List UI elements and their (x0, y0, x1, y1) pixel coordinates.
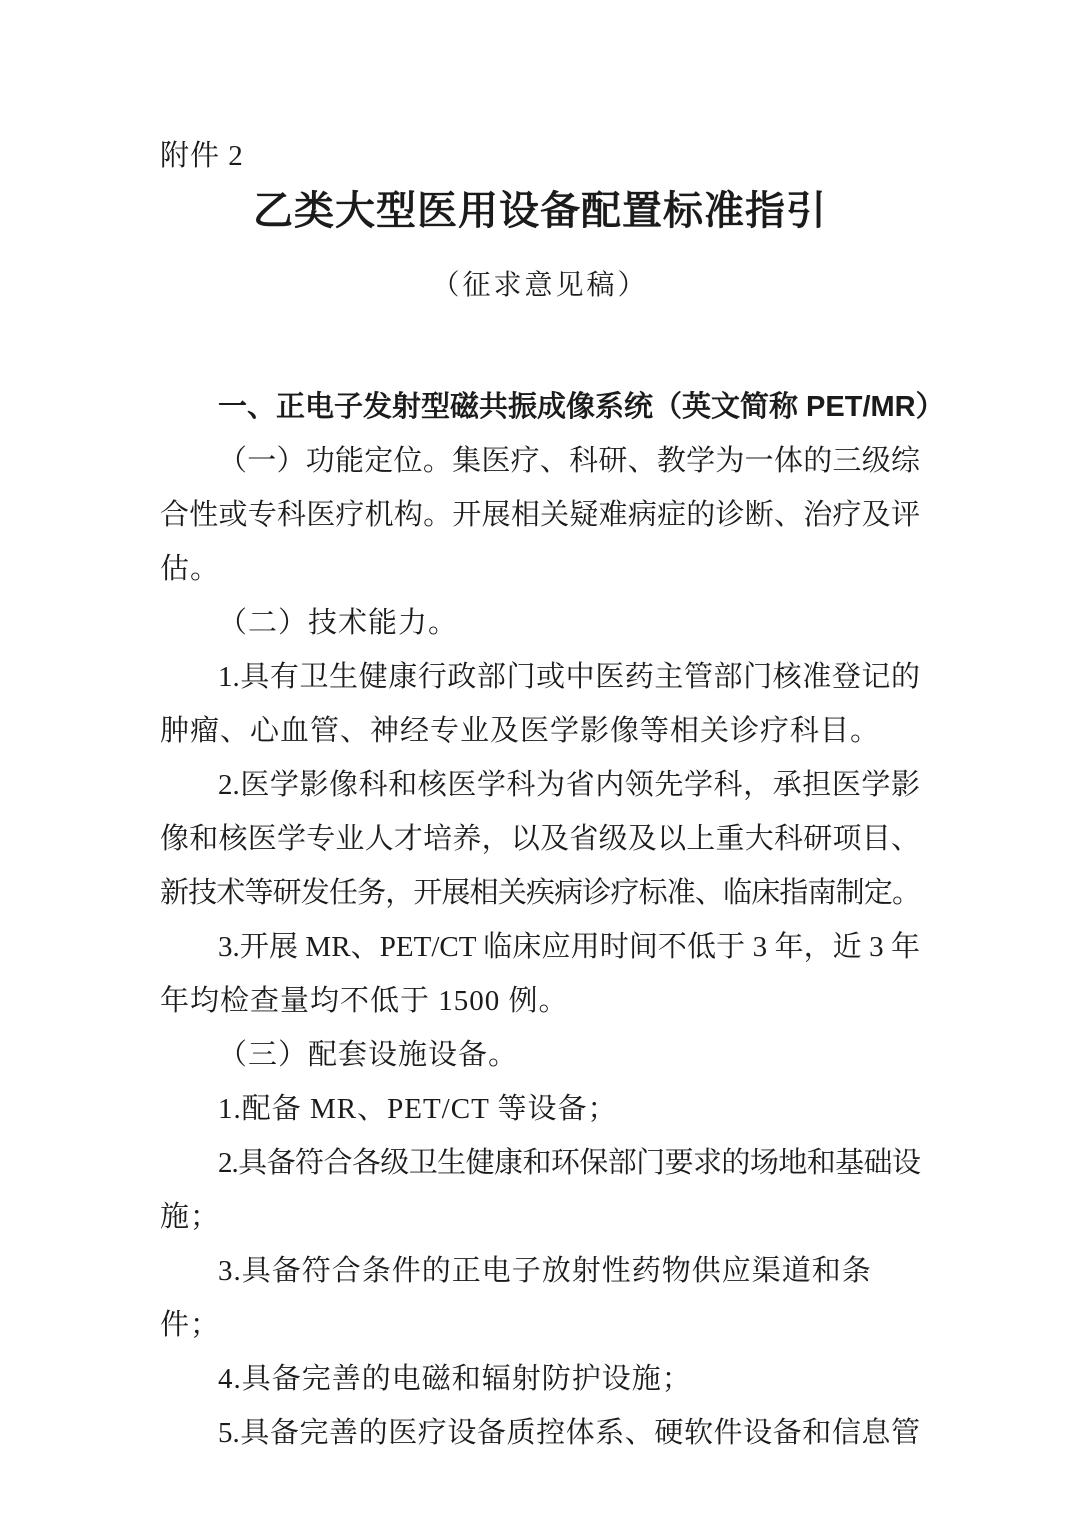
document-line: 4.具备完善的电磁和辐射防护设施； (160, 1352, 920, 1406)
document-line: 新技术等研发任务，开展相关疾病诊疗标准、临床指南制定。 (160, 866, 920, 920)
document-line: 1.配备 MR、PET/CT 等设备； (160, 1082, 920, 1136)
document-line: 5.具备完善的医疗设备质控体系、硬软件设备和信息管 (160, 1406, 920, 1460)
document-line: （二）技术能力。 (160, 596, 920, 650)
document-line: 合性或专科医疗机构。开展相关疑难病症的诊断、治疗及评 (160, 488, 920, 542)
document-line: 估。 (160, 542, 920, 596)
document-line: 肿瘤、心血管、神经专业及医学影像等相关诊疗科目。 (160, 704, 920, 758)
document-page: 附件 2 乙类大型医用设备配置标准指引 （征求意见稿） 一、正电子发射型磁共振成… (0, 0, 1080, 1527)
document-title: 乙类大型医用设备配置标准指引 (160, 188, 920, 234)
document-body: （一）功能定位。集医疗、科研、教学为一体的三级综合性或专科医疗机构。开展相关疑难… (160, 434, 920, 1460)
document-line: （三）配套设施设备。 (160, 1028, 920, 1082)
document-line: （一）功能定位。集医疗、科研、教学为一体的三级综 (160, 434, 920, 488)
document-line: 年均检查量均不低于 1500 例。 (160, 974, 920, 1028)
section-heading: 一、正电子发射型磁共振成像系统（英文简称 PET/MR） (160, 380, 920, 434)
document-line: 施； (160, 1190, 920, 1244)
attachment-label: 附件 2 (160, 138, 920, 174)
document-subtitle: （征求意见稿） (160, 268, 920, 304)
document-line: 3.开展 MR、PET/CT 临床应用时间不低于 3 年，近 3 年 (160, 920, 920, 974)
document-line: 1.具有卫生健康行政部门或中医药主管部门核准登记的 (160, 650, 920, 704)
document-line: 2.医学影像科和核医学科为省内领先学科，承担医学影 (160, 758, 920, 812)
document-line: 2.具备符合各级卫生健康和环保部门要求的场地和基础设 (160, 1136, 920, 1190)
document-line: 像和核医学专业人才培养，以及省级及以上重大科研项目、 (160, 812, 920, 866)
document-line: 3.具备符合条件的正电子放射性药物供应渠道和条件； (160, 1244, 920, 1352)
